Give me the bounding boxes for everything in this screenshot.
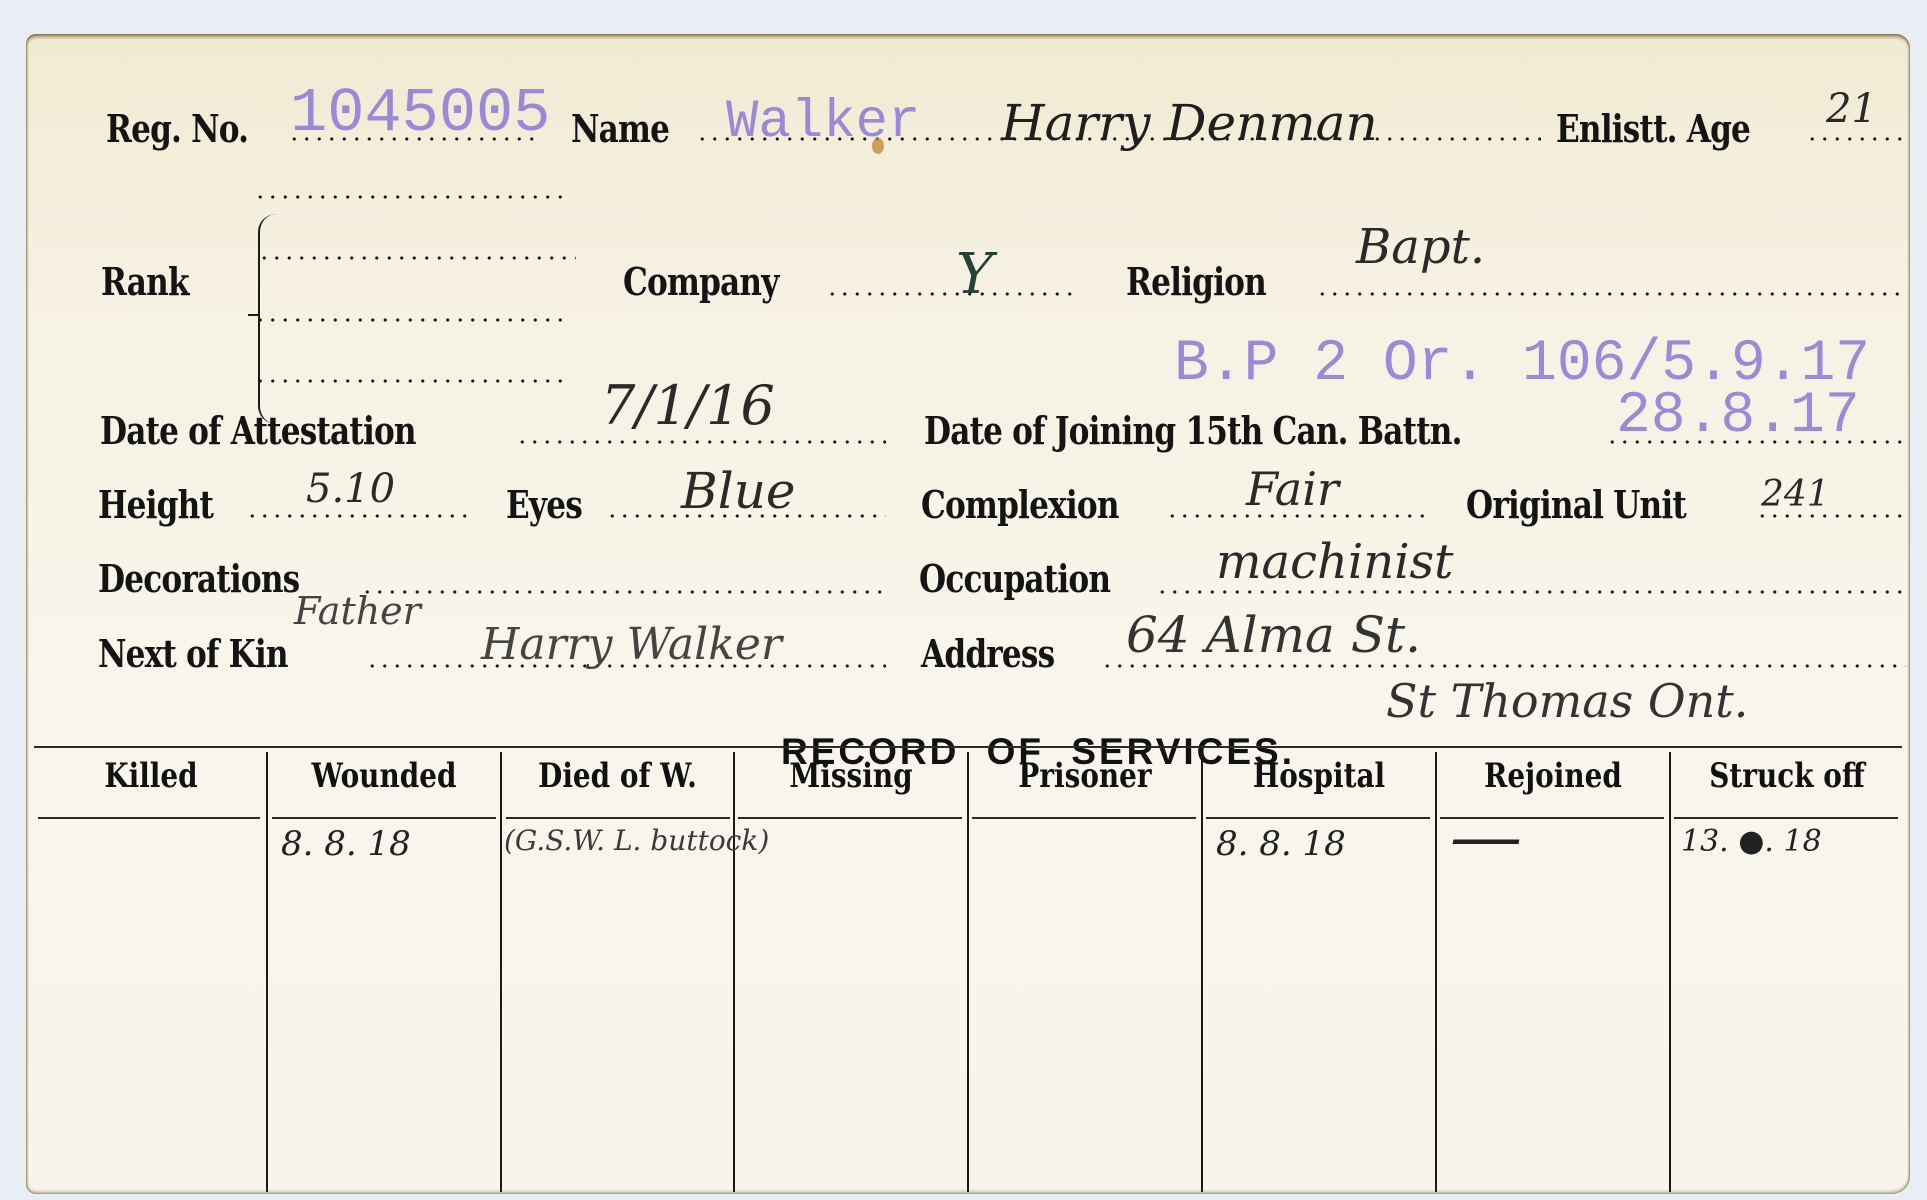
cell-hospital: 8. 8. 18 xyxy=(1216,824,1346,874)
column-header-wounded: Wounded xyxy=(289,756,479,806)
rank-line-3 xyxy=(254,318,564,322)
rank-label: Rank xyxy=(101,259,189,304)
column-header-struck-off: Struck off xyxy=(1692,756,1882,806)
enlist-age-label: Enlistt. Age xyxy=(1556,106,1750,151)
complexion-value: Fair xyxy=(1246,462,1339,516)
cell-struck-off: 13. ●. 18 xyxy=(1681,824,1822,874)
header-rule-died xyxy=(506,817,730,819)
height-value: 5.10 xyxy=(306,466,395,512)
column-header-killed: Killed xyxy=(57,756,246,806)
address-line2: St Thomas Ont. xyxy=(1386,674,1748,728)
table-top-rule xyxy=(34,746,1902,748)
company-label: Company xyxy=(623,259,779,304)
company-dots xyxy=(826,292,1076,296)
cell-died-of-wounds: (G.S.W. L. buttock) xyxy=(504,824,769,874)
attestation-dots xyxy=(516,440,886,444)
enlist-age-value: 21 xyxy=(1826,86,1877,132)
column-header-rejoined: Rejoined xyxy=(1458,756,1648,806)
original-unit-value: 241 xyxy=(1761,474,1830,515)
column-divider xyxy=(500,752,502,1192)
name-label: Name xyxy=(571,106,669,151)
height-dots xyxy=(246,514,471,518)
column-divider xyxy=(1201,752,1203,1192)
next-of-kin-label: Next of Kin xyxy=(98,631,288,676)
header-rule-wounded xyxy=(272,817,496,819)
column-header-died-of-wounds: Died of W. xyxy=(523,756,712,806)
header-rule-hospital xyxy=(1206,817,1430,819)
column-divider xyxy=(266,752,268,1192)
attestation-label: Date of Attestation xyxy=(100,408,416,453)
cell-rejoined: —— xyxy=(1451,816,1515,866)
address-line1: 64 Alma St. xyxy=(1126,606,1421,664)
next-of-kin-value: Harry Walker xyxy=(481,619,782,670)
decorations-dots xyxy=(361,590,886,594)
address-dots xyxy=(1101,664,1906,668)
religion-label: Religion xyxy=(1126,259,1266,304)
religion-dots xyxy=(1316,292,1906,296)
enlist-age-dots xyxy=(1806,137,1906,141)
column-divider xyxy=(967,752,969,1192)
stain xyxy=(872,138,884,154)
attestation-value: 7/1/16 xyxy=(601,374,775,437)
company-value: Y xyxy=(956,242,993,307)
reg-no-value: 1045005 xyxy=(290,78,550,149)
height-label: Height xyxy=(98,482,213,527)
original-unit-label: Original Unit xyxy=(1466,482,1686,527)
rank-line-4 xyxy=(254,379,564,383)
religion-value: Bapt. xyxy=(1356,219,1485,275)
name-surname: Walker xyxy=(726,92,920,153)
column-divider xyxy=(1435,752,1437,1192)
service-record-card: Reg. No. 1045005 Name Walker Harry Denma… xyxy=(26,34,1910,1194)
column-divider xyxy=(1669,752,1671,1192)
occupation-label: Occupation xyxy=(919,556,1110,601)
address-label: Address xyxy=(921,631,1054,676)
rank-line-1 xyxy=(254,195,564,199)
column-divider xyxy=(733,752,735,1192)
occupation-dots xyxy=(1156,590,1906,594)
column-header-missing: Missing xyxy=(756,756,946,806)
header-rule-prisoner xyxy=(972,817,1196,819)
cell-wounded: 8. 8. 18 xyxy=(281,824,411,874)
eyes-label: Eyes xyxy=(506,482,582,527)
reg-no-label: Reg. No. xyxy=(106,106,248,151)
joining-label: Date of Joining 15th Can. Battn. xyxy=(924,408,1462,453)
occupation-value: machinist xyxy=(1216,534,1453,590)
header-rule-killed xyxy=(38,817,260,819)
column-header-prisoner: Prisoner xyxy=(990,756,1180,806)
decorations-label: Decorations xyxy=(98,556,299,601)
joining-value: 28.8.17 xyxy=(1616,384,1860,449)
eyes-value: Blue xyxy=(681,462,796,520)
header-rule-struck-off xyxy=(1674,817,1898,819)
complexion-label: Complexion xyxy=(921,482,1119,527)
name-given: Harry Denman xyxy=(1001,94,1378,152)
rank-line-2 xyxy=(258,256,576,260)
header-rule-missing xyxy=(738,817,962,819)
next-of-kin-relation: Father xyxy=(294,589,421,633)
column-header-hospital: Hospital xyxy=(1224,756,1414,806)
